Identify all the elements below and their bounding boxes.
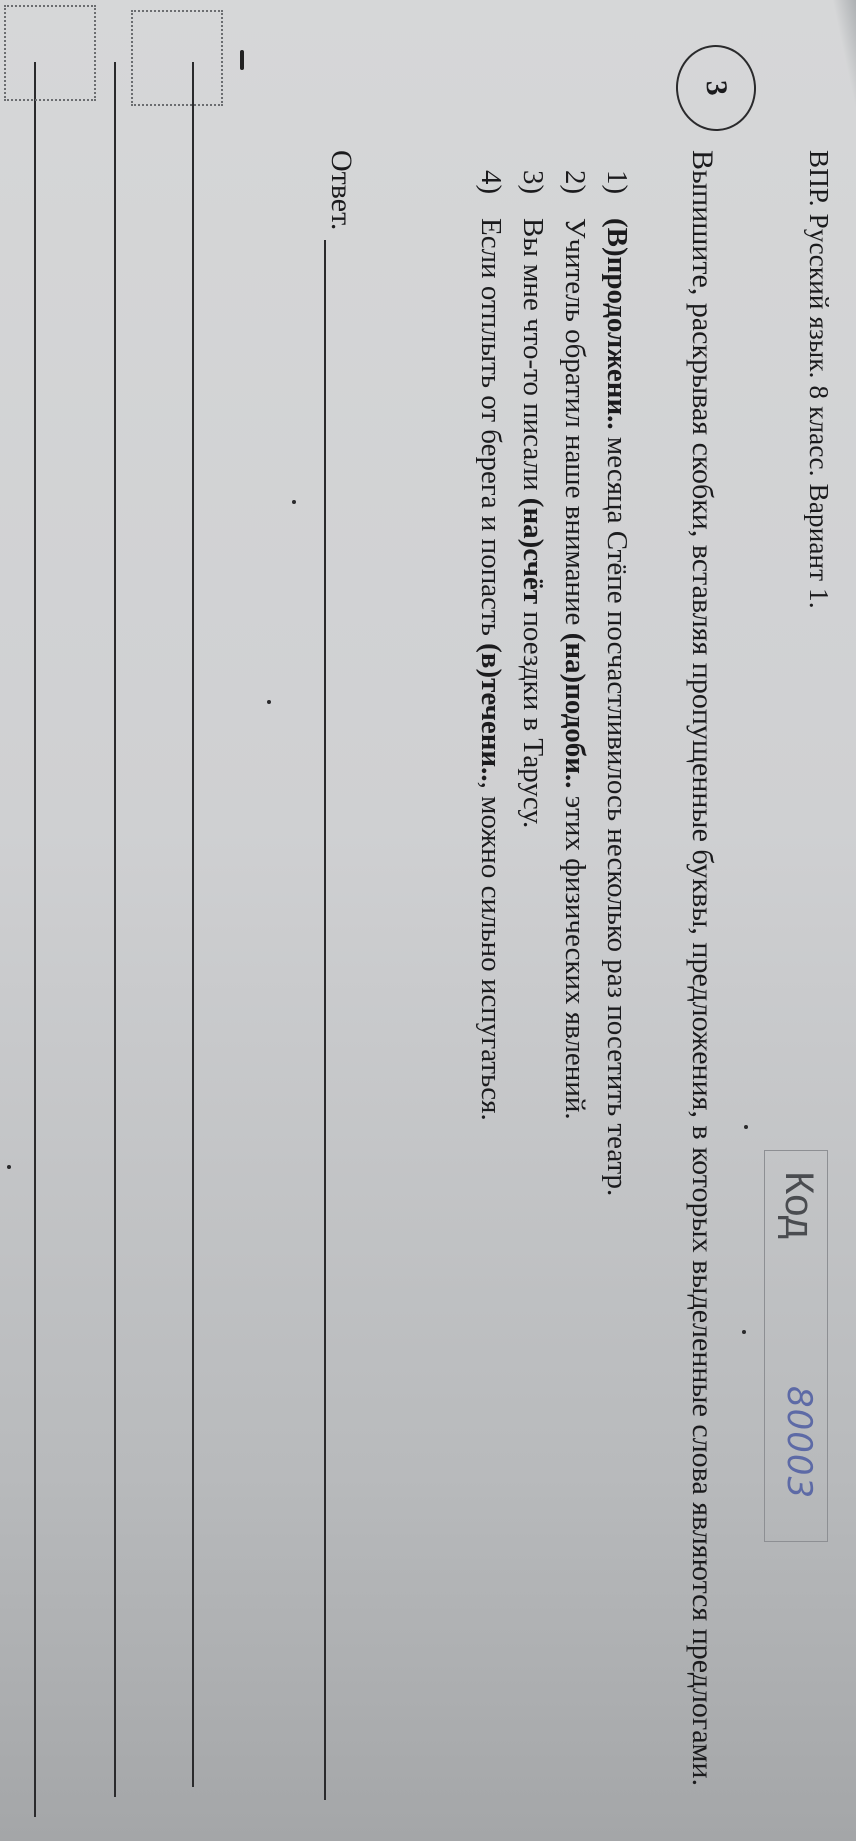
page-header-title: ВПР. Русский язык. 8 класс. Вариант 1. [803, 150, 834, 609]
code-label: Код [776, 1171, 821, 1239]
paper-speck [744, 1125, 748, 1129]
item-number: 4) [470, 170, 512, 218]
answer-rule-line[interactable] [114, 62, 116, 1797]
item-text-after: поездки в Тарусу. [517, 604, 549, 828]
sentence-item: 1)(В)продолжени.. месяца Стёпе посчастли… [596, 170, 638, 1196]
item-text-after: месяца Стёпе посчастливилось несколько р… [601, 430, 633, 1197]
answer-input-line[interactable] [324, 240, 326, 1800]
paper-speck [742, 1330, 746, 1334]
item-number: 3) [512, 170, 554, 218]
pen-mark-icon [240, 50, 244, 70]
answer-rule-line[interactable] [192, 62, 194, 1787]
score-box[interactable] [4, 5, 96, 101]
sentence-item: 3)Вы мне что-то писали (на)счёт поездки … [512, 170, 554, 1196]
answer-rule-line[interactable] [34, 62, 36, 1817]
task-number-badge: 3 [673, 42, 759, 133]
item-text-before: Учитель обратил наше внимание [559, 218, 591, 633]
item-number: 2) [554, 170, 596, 218]
score-box[interactable] [131, 10, 223, 106]
exam-page: ВПР. Русский язык. 8 класс. Вариант 1. К… [0, 0, 856, 1841]
item-highlighted-word: (в)течени.. [475, 643, 507, 782]
code-value-handwritten: 80003 [779, 1386, 819, 1499]
item-text-after: , можно сильно испугаться. [475, 782, 507, 1121]
paper-speck [292, 500, 296, 504]
item-highlighted-word: (В)продолжени.. [601, 218, 633, 430]
task-instruction: Выпишите, раскрывая скобки, вставляя про… [684, 150, 721, 1790]
item-text-before: Если отплыть от берега и попасть [475, 218, 507, 643]
paper-speck [7, 1165, 11, 1169]
item-highlighted-word: (на)подоби.. [559, 633, 591, 789]
paper-speck [267, 700, 271, 704]
item-text-before: Вы мне что-то писали [517, 218, 549, 498]
item-highlighted-word: (на)счёт [517, 498, 549, 604]
item-text-after: этих физических явлений. [559, 788, 591, 1119]
sentence-item: 2)Учитель обратил наше внимание (на)подо… [554, 170, 596, 1196]
sentence-item: 4)Если отплыть от берега и попасть (в)те… [470, 170, 512, 1196]
sentence-list: 1)(В)продолжени.. месяца Стёпе посчастли… [470, 170, 638, 1196]
item-number: 1) [596, 170, 638, 218]
answer-label: Ответ. [324, 150, 358, 230]
code-box: Код 80003 [764, 1150, 828, 1542]
